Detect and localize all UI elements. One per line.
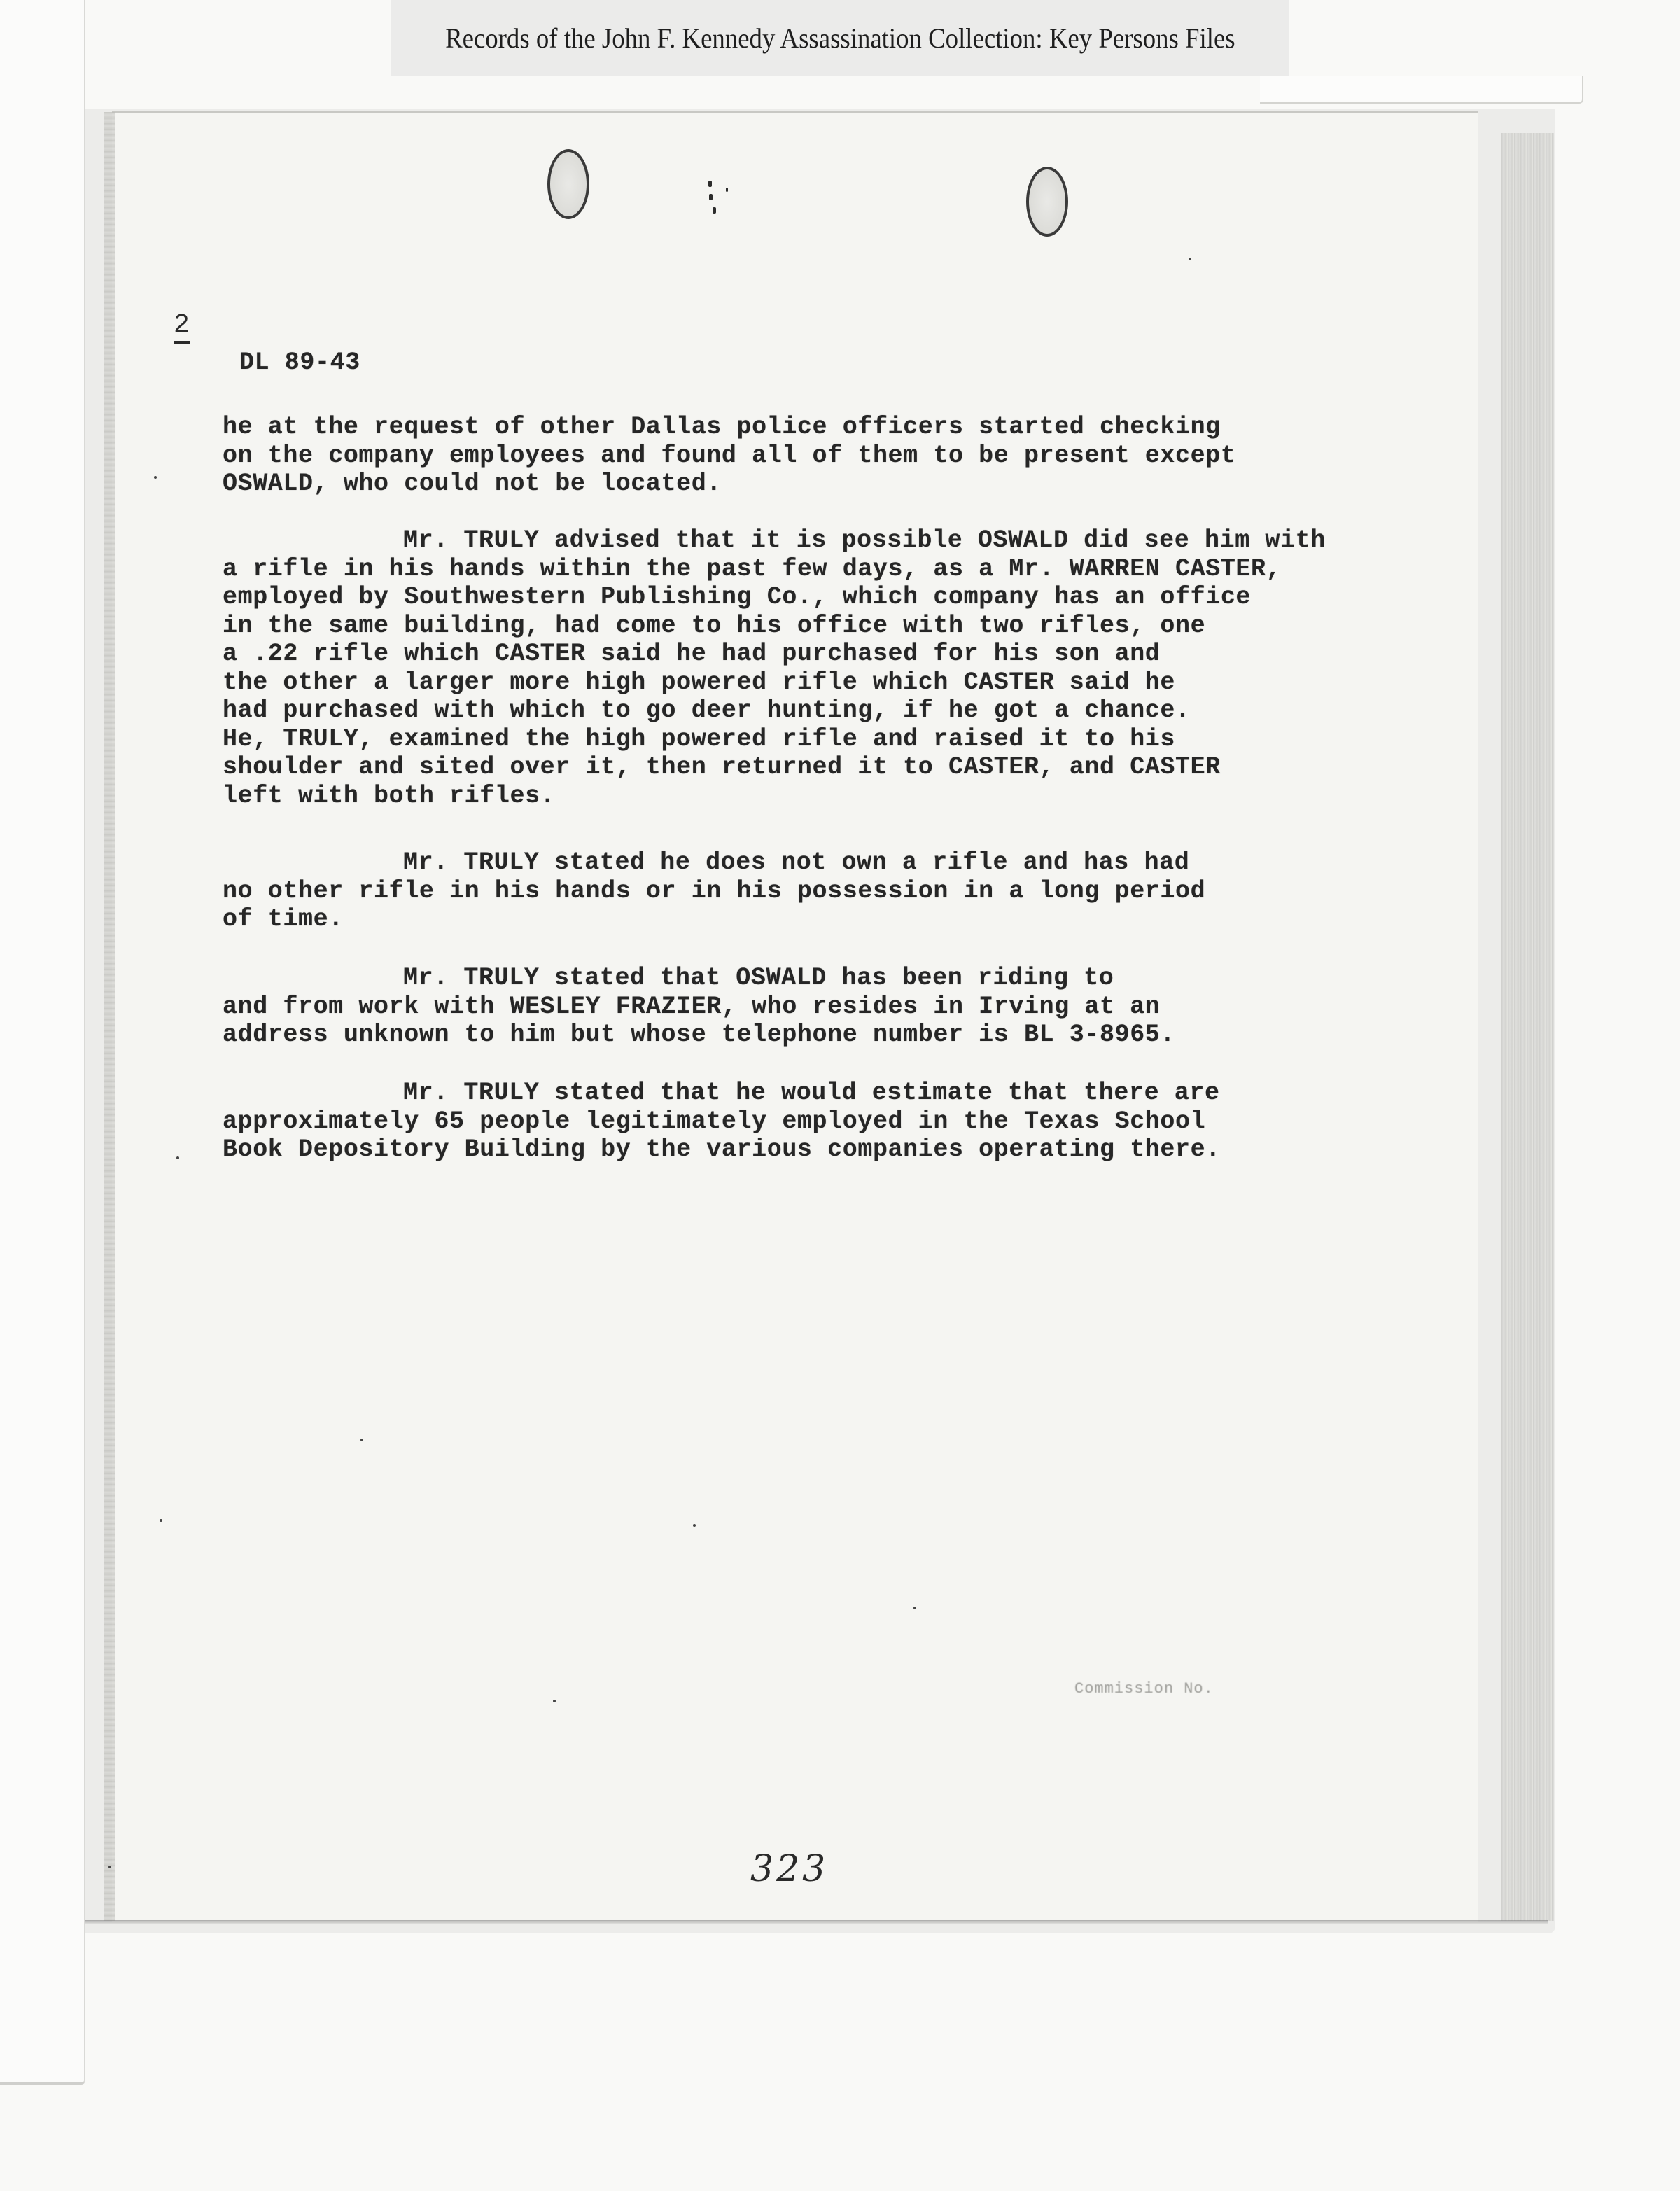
speck (360, 1438, 363, 1441)
text-line: Mr. TRULY advised that it is possible OS… (223, 526, 1326, 555)
commission-stamp: Commission No. (1074, 1680, 1214, 1697)
backing-sheet-edge (1501, 133, 1554, 1921)
text-line: OSWALD, who could not be located. (223, 470, 1235, 498)
collection-header: Records of the John F. Kennedy Assassina… (391, 0, 1289, 76)
text-line: Mr. TRULY stated that OSWALD has been ri… (223, 964, 1175, 993)
paragraph: Mr. TRULY advised that it is possible OS… (223, 526, 1326, 810)
speck (154, 476, 157, 479)
text-line: He, TRULY, examined the high powered rif… (223, 725, 1326, 754)
collection-title: Records of the John F. Kennedy Assassina… (445, 22, 1235, 55)
text-line: had purchased with which to go deer hunt… (223, 696, 1326, 725)
text-line: left with both rifles. (223, 782, 1326, 811)
text-line: Mr. TRULY stated he does not own a rifle… (223, 848, 1205, 877)
speck (913, 1606, 916, 1609)
stray-mark (713, 207, 716, 213)
left-paper-strip (0, 0, 85, 2085)
text-line: on the company employees and found all o… (223, 442, 1235, 470)
stray-mark (708, 181, 712, 187)
text-line: approximately 65 people legitimately emp… (223, 1107, 1221, 1136)
text-line: and from work with WESLEY FRAZIER, who r… (223, 993, 1175, 1021)
paragraph: Mr. TRULY stated that he would estimate … (223, 1079, 1221, 1164)
text-line: shoulder and sited over it, then returne… (223, 753, 1326, 782)
speck (176, 1156, 179, 1159)
text-line: no other rifle in his hands or in his po… (223, 877, 1205, 906)
speck (160, 1519, 162, 1522)
file-number: DL 89-43 (239, 349, 360, 377)
text-line: Book Depository Building by the various … (223, 1135, 1221, 1164)
speck (1189, 258, 1191, 260)
text-line: Mr. TRULY stated that he would estimate … (223, 1079, 1221, 1107)
punch-hole-icon (547, 149, 589, 219)
speck (693, 1524, 696, 1527)
page-number: 2 (174, 311, 190, 344)
text-line: address unknown to him but whose telepho… (223, 1021, 1175, 1049)
punch-hole-icon (1026, 167, 1068, 237)
stray-mark (709, 194, 713, 200)
text-line: the other a larger more high powered rif… (223, 668, 1326, 697)
paragraph: he at the request of other Dallas police… (223, 413, 1235, 498)
speck (553, 1700, 556, 1702)
page-bottom-shadow (85, 1920, 1548, 1924)
text-line: a rifle in his hands within the past few… (223, 555, 1326, 584)
text-line: of time. (223, 905, 1205, 934)
text-line: in the same building, had come to his of… (223, 612, 1326, 640)
speck (108, 1865, 111, 1868)
text-line: he at the request of other Dallas police… (223, 413, 1235, 442)
page-left-edge (104, 112, 115, 1921)
text-line: employed by Southwestern Publishing Co.,… (223, 583, 1326, 612)
top-paper-tab (1260, 76, 1583, 104)
paragraph: Mr. TRULY stated he does not own a rifle… (223, 848, 1205, 934)
paragraph: Mr. TRULY stated that OSWALD has been ri… (223, 964, 1175, 1049)
handwritten-page-number: 323 (750, 1848, 828, 1890)
text-line: a .22 rifle which CASTER said he had pur… (223, 640, 1326, 668)
stray-mark (726, 188, 728, 192)
